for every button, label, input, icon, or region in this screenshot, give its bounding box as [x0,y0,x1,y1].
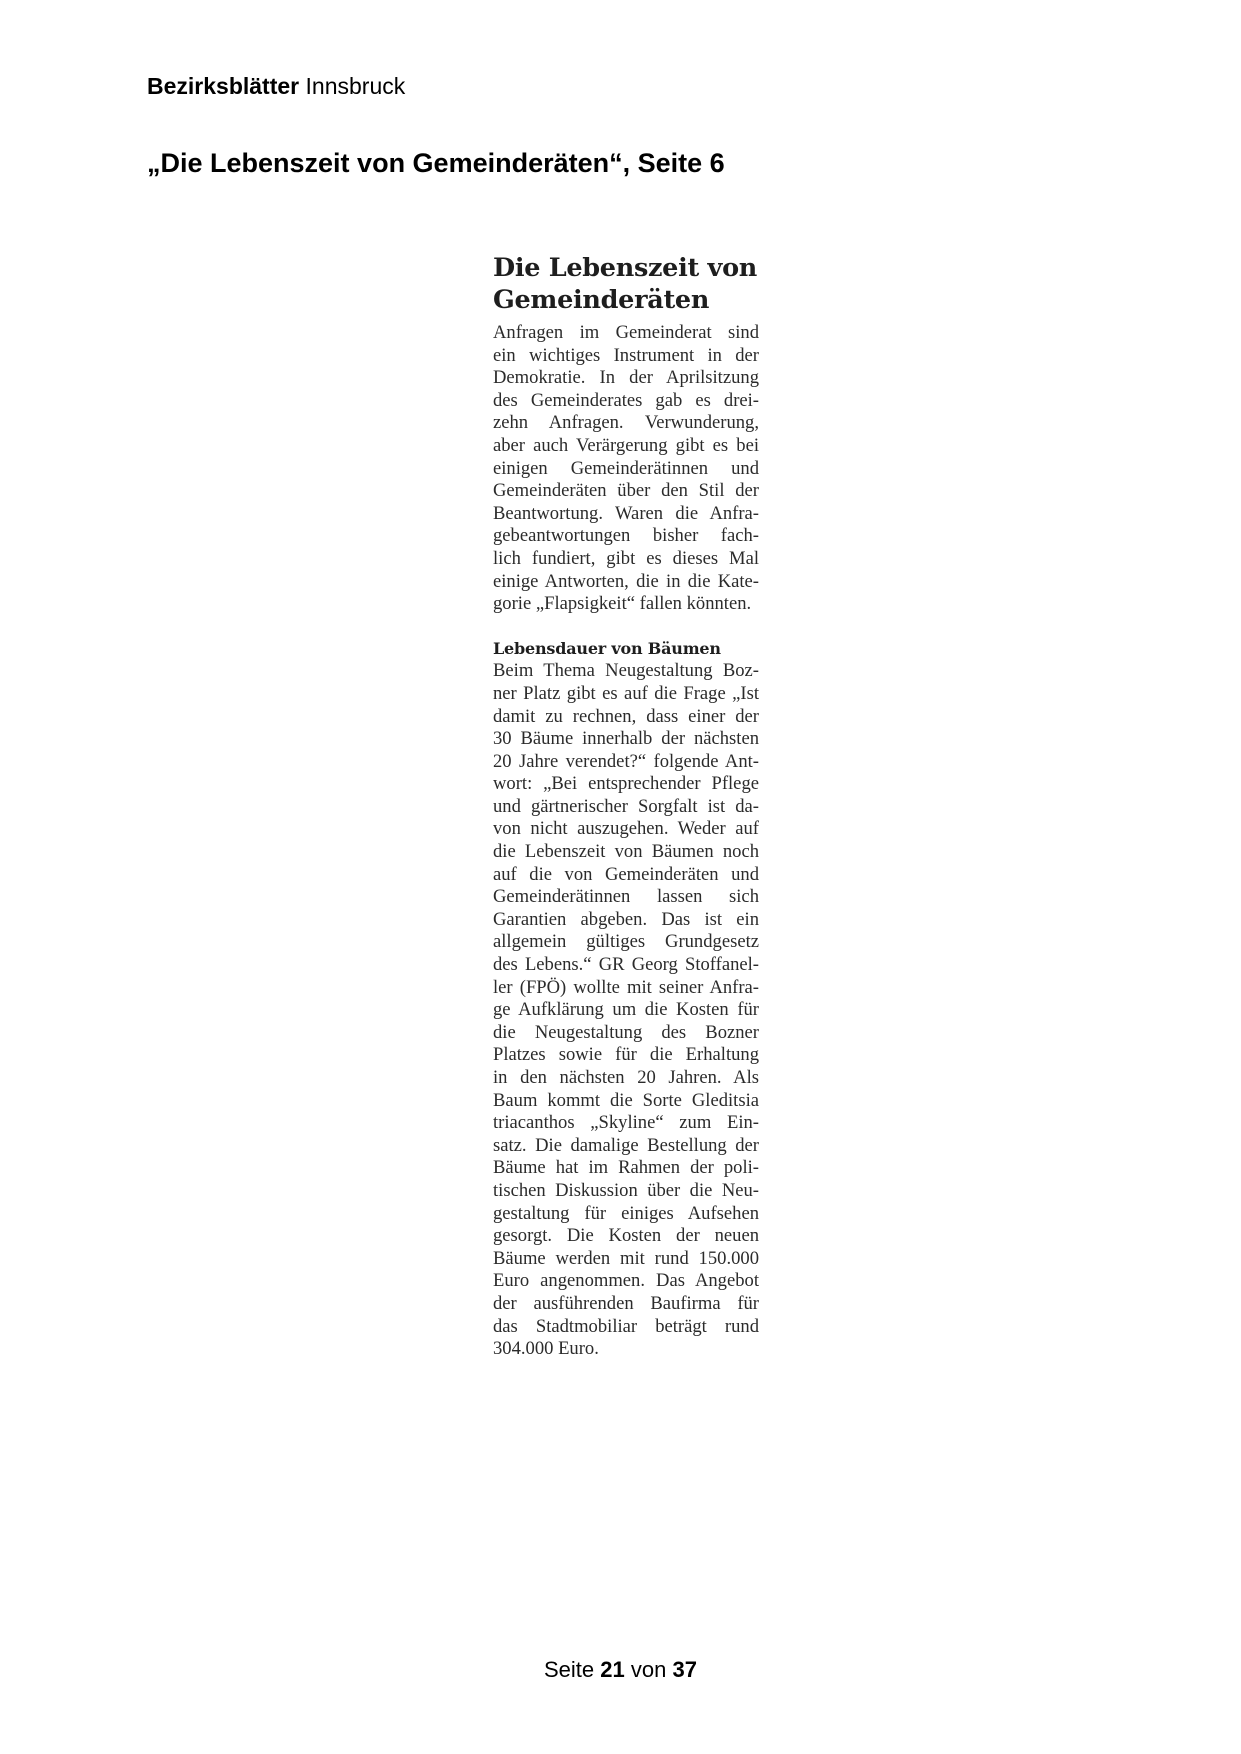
article-text-line: des Gemeinderates gab es drei- [493,390,759,413]
clipping-title: „Die Lebenszeit von Gemeinderäten“, Seit… [147,147,725,179]
publication-name: Bezirksblätter [147,73,299,99]
article-text-line: Beantwortung. Waren die Anfra- [493,503,759,526]
article-intro-paragraph: Anfragen im Gemeinderat sindein wichtige… [493,322,759,616]
article-text-line: Platzes sowie für die Erhaltung [493,1044,759,1067]
article-text-line: Garantien abgeben. Das ist ein [493,909,759,932]
article-text-line: allgemein gültiges Grundgesetz [493,931,759,954]
article-text-line: Gemeinderätinnen lassen sich [493,886,759,909]
article-text-line: der ausführenden Baufirma für [493,1293,759,1316]
article-text-line: und gärtnerischer Sorgfalt ist da- [493,796,759,819]
page-prefix: Seite [544,1657,594,1682]
page-of-label: von [631,1657,666,1682]
article-text-line: ner Platz gibt es auf die Frage „Ist [493,683,759,706]
article-text-line: triacanthos „Skyline“ zum Ein- [493,1112,759,1135]
article-text-line: Beim Thema Neugestaltung Boz- [493,660,759,683]
article-text-line: in den nächsten 20 Jahren. Als [493,1067,759,1090]
publication-header: Bezirksblätter Innsbruck [147,72,405,100]
article-text-line: ein wichtiges Instrument in der [493,345,759,368]
article-subheading: Lebensdauer von Bäumen [493,638,759,661]
article-text-line: 20 Jahre verendet?“ folgende Ant- [493,751,759,774]
article-text-line: zehn Anfragen. Verwunderung, [493,412,759,435]
article-text-line: die Lebenszeit von Bäumen noch [493,841,759,864]
article-text-line: von nicht auszugehen. Weder auf [493,818,759,841]
article-text-line: aber auch Verärgerung gibt es bei [493,435,759,458]
article-text-line: Baum kommt die Sorte Gleditsia [493,1090,759,1113]
article-text-line: gesorgt. Die Kosten der neuen [493,1225,759,1248]
article-text-line: das Stadtmobiliar beträgt rund [493,1316,759,1339]
article-text-line: satz. Die damalige Bestellung der [493,1135,759,1158]
article-text-line: gorie „Flapsigkeit“ fallen könnten. [493,593,759,616]
article-text-line: Bäume werden mit rund 150.000 [493,1248,759,1271]
headline-line: Die Lebenszeit von [493,252,759,284]
article-text-line: damit zu rechnen, dass einer der [493,706,759,729]
total-page-count: 37 [673,1657,697,1682]
article-text-line: lich fundiert, gibt es dieses Mal [493,548,759,571]
article-text-line: des Lebens.“ GR Georg Stoffanel- [493,954,759,977]
publication-region: Innsbruck [306,73,406,99]
current-page-number: 21 [600,1657,624,1682]
article-text-line: Demokratie. In der Aprilsitzung [493,367,759,390]
article-text-line: gestaltung für einiges Aufsehen [493,1203,759,1226]
article-text-line: auf die von Gemeinderäten und [493,864,759,887]
article-text-line: 304.000 Euro. [493,1338,759,1361]
article-text-line: einigen Gemeinderätinnen und [493,458,759,481]
article-headline: Die Lebenszeit von Gemeinderäten [493,252,759,316]
article-text-line: die Neugestaltung des Bozner [493,1022,759,1045]
article-text-line: gebeantwortungen bisher fach- [493,525,759,548]
article-text-line: einige Antworten, die in die Kate- [493,571,759,594]
article-text-line: ler (FPÖ) wollte mit seiner Anfra- [493,977,759,1000]
page-number-footer: Seite 21 von 37 [0,1657,1241,1683]
headline-line: Gemeinderäten [493,284,759,316]
article-text-line: Bäume hat im Rahmen der poli- [493,1157,759,1180]
article-clipping: Die Lebenszeit von Gemeinderäten Anfrage… [493,252,759,1361]
article-text-line: Euro angenommen. Das Angebot [493,1270,759,1293]
article-text-line: 30 Bäume innerhalb der nächsten [493,728,759,751]
article-text-line: wort: „Bei entsprechender Pflege [493,773,759,796]
article-text-line: Gemeinderäten über den Stil der [493,480,759,503]
article-text-line: tischen Diskussion über die Neu- [493,1180,759,1203]
article-body-paragraph: Beim Thema Neugestaltung Boz-ner Platz g… [493,660,759,1360]
article-text-line: Anfragen im Gemeinderat sind [493,322,759,345]
article-text-line: ge Aufklärung um die Kosten für [493,999,759,1022]
